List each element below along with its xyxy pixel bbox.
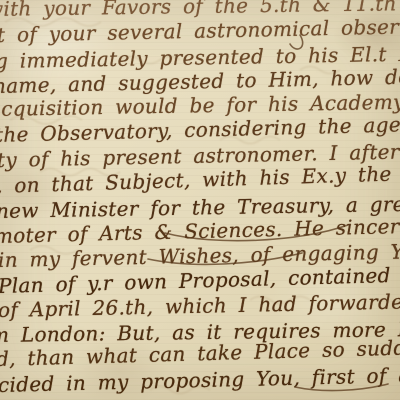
- letter-body: with your Favors of the 5.th & 11.th of …: [0, 0, 400, 400]
- manuscript-page: with your Favors of the 5.th & 11.th of …: [0, 0, 400, 400]
